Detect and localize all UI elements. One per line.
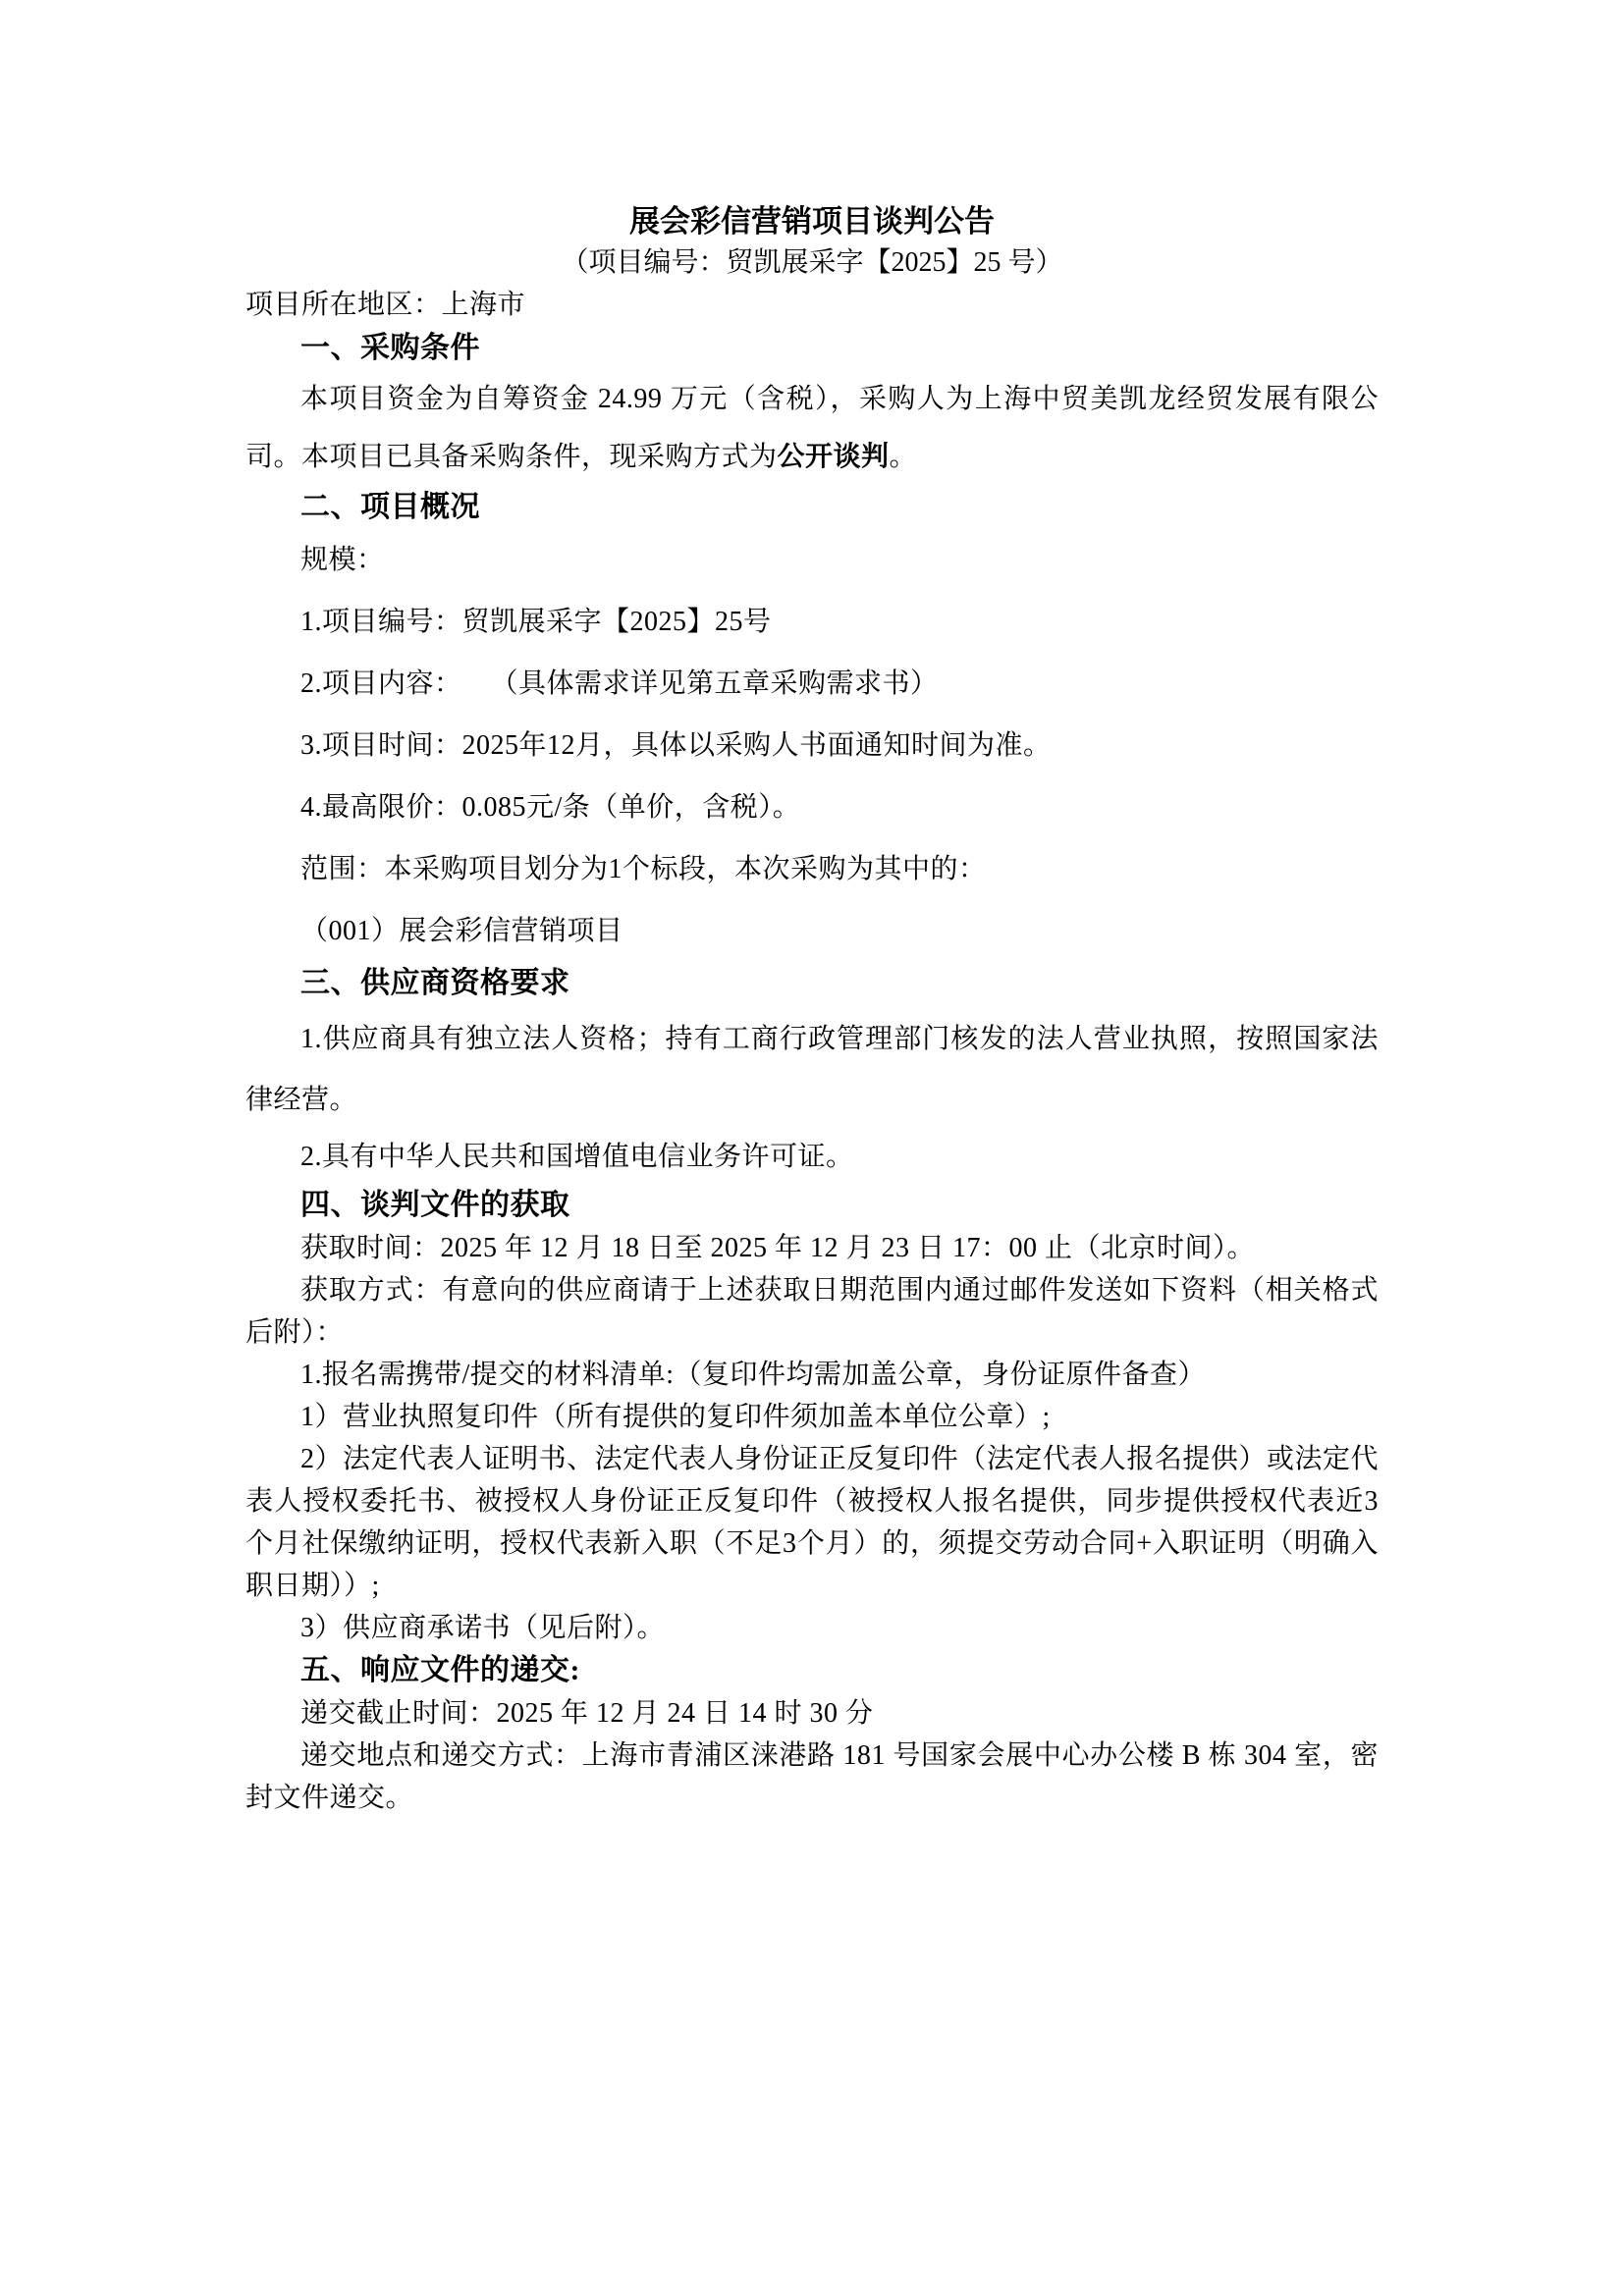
section-4-paragraph-1: 获取时间：2025 年 12 月 18 日至 2025 年 12 月 23 日 … xyxy=(245,1227,1379,1269)
section-4-paragraph-6: 3）供应商承诺书（见后附）。 xyxy=(245,1607,1379,1649)
section-2-line-1: 规模： xyxy=(245,529,1379,591)
document-content: 展会彩信营销项目谈判公告 （项目编号：贸凯展采字【2025】25 号） 项目所在… xyxy=(245,201,1379,1819)
section-5-paragraph-2: 递交地点和递交方式：上海市青浦区涞港路 181 号国家会展中心办公楼 B 栋 3… xyxy=(245,1735,1379,1819)
section-2-line-2: 1.项目编号：贸凯展采字【2025】25号 xyxy=(245,591,1379,653)
document-page: 展会彩信营销项目谈判公告 （项目编号：贸凯展采字【2025】25 号） 项目所在… xyxy=(0,0,1624,2296)
section-4-paragraph-5: 2）法定代表人证明书、法定代表人身份证正反复印件（法定代表人报名提供）或法定代表… xyxy=(245,1438,1379,1607)
section-2-line-5: 4.最高限价：0.085元/条（单价，含税）。 xyxy=(245,776,1379,838)
procurement-method-emphasis: 公开谈判 xyxy=(778,442,890,472)
section-5-paragraph-1: 递交截止时间：2025 年 12 月 24 日 14 时 30 分 xyxy=(245,1692,1379,1735)
section-4-paragraph-4: 1）营业执照复印件（所有提供的复印件须加盖本单位公章）; xyxy=(245,1396,1379,1438)
section-1-paragraph: 本项目资金为自筹资金 24.99 万元（含税），采购人为上海中贸美凯龙经贸发展有… xyxy=(245,370,1379,486)
section-5-heading: 五、响应文件的递交: xyxy=(245,1649,1379,1692)
section-4-paragraph-2: 获取方式：有意向的供应商请于上述获取日期范围内通过邮件发送如下资料（相关格式后附… xyxy=(245,1269,1379,1354)
section-2-line-6: 范围：本采购项目划分为1个标段，本次采购为其中的： xyxy=(245,838,1379,900)
section-2-heading: 二、项目概况 xyxy=(245,486,1379,529)
section-1-text-end: 。 xyxy=(890,442,918,472)
section-3-paragraph-2: 2.具有中华人民共和国增值电信业务许可证。 xyxy=(245,1131,1379,1184)
section-3-heading: 三、供应商资格要求 xyxy=(245,962,1379,1005)
section-2-line-4: 3.项目时间：2025年12月，具体以采购人书面通知时间为准。 xyxy=(245,715,1379,776)
section-4-heading: 四、谈判文件的获取 xyxy=(245,1184,1379,1227)
section-2-line-7: （001）展会彩信营销项目 xyxy=(245,900,1379,962)
section-3-paragraph-1: 1.供应商具有独立法人资格；持有工商行政管理部门核发的法人营业执照，按照国家法律… xyxy=(245,1009,1379,1131)
section-1-heading: 一、采购条件 xyxy=(245,327,1379,370)
section-2-line-3: 2.项目内容： （具体需求详见第五章采购需求书） xyxy=(245,653,1379,715)
document-title: 展会彩信营销项目谈判公告 xyxy=(245,201,1379,242)
project-region-line: 项目所在地区：上海市 xyxy=(245,284,1379,327)
project-number-line: （项目编号：贸凯展采字【2025】25 号） xyxy=(245,242,1379,284)
section-4-paragraph-3: 1.报名需携带/提交的材料清单:（复印件均需加盖公章，身份证原件备查） xyxy=(245,1354,1379,1396)
